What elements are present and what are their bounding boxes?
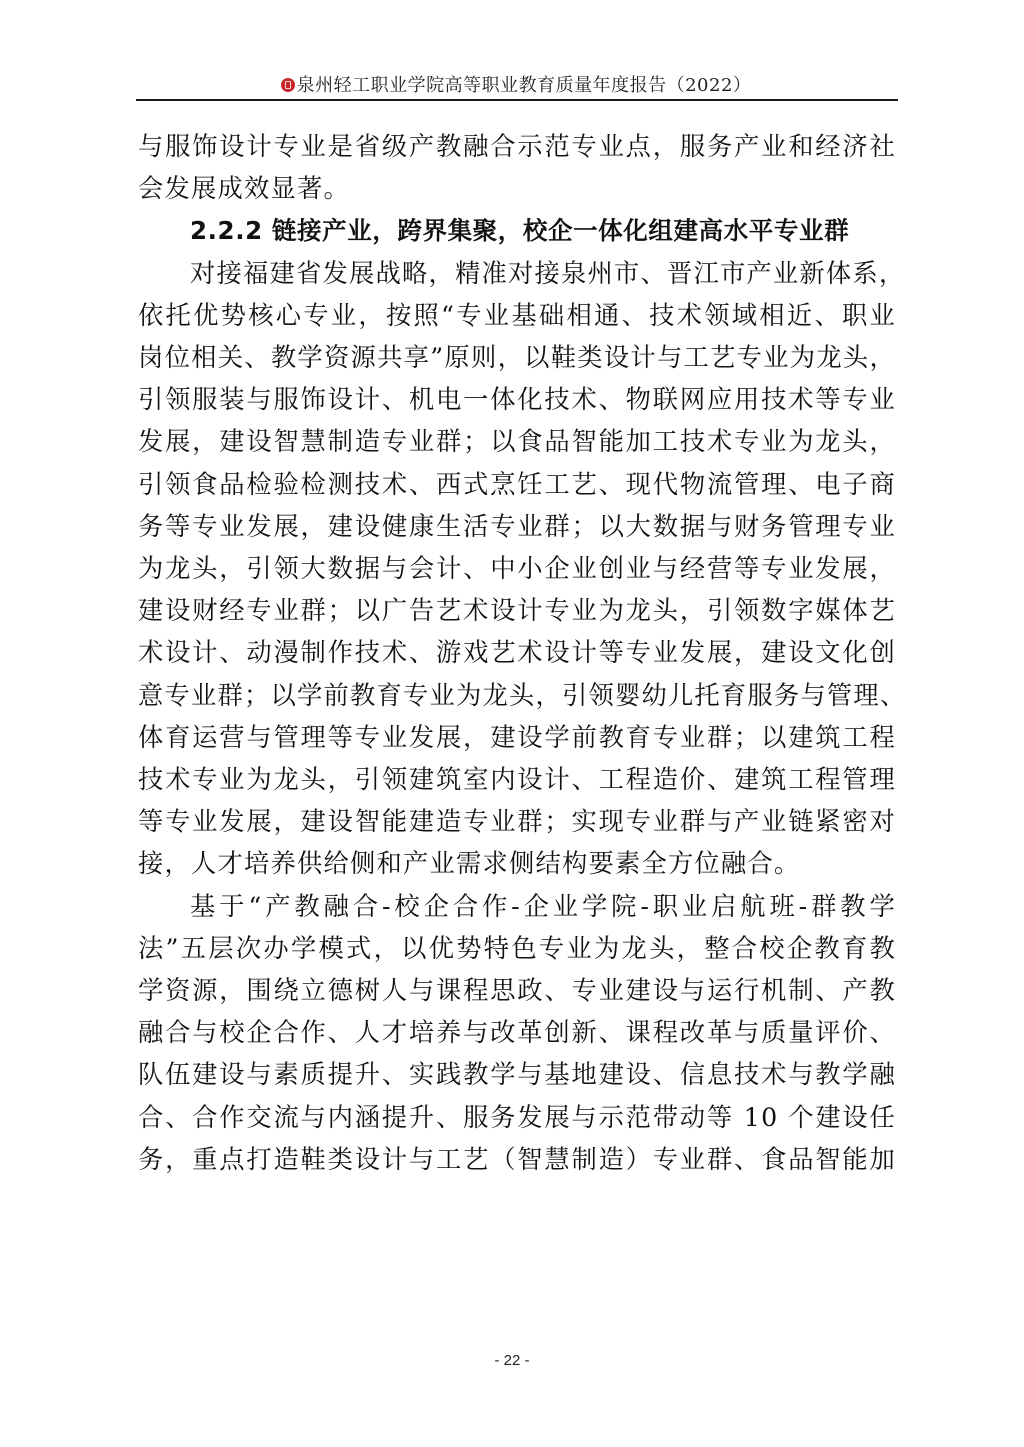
school-emblem-icon: [281, 78, 295, 92]
report-title: 泉州轻工职业学院高等职业教育质量年度报告（2022）: [297, 75, 752, 96]
text-line: 对接福建省发展战略，精准对接泉州市、晋江市产业新体系，: [138, 253, 896, 295]
text-line: 引领服装与服饰设计、机电一体化技术、物联网应用技术等专业: [138, 379, 896, 421]
text-line: 发展，建设智慧制造专业群；以食品智能加工技术专业为龙头，: [138, 421, 896, 463]
text-line: 依托优势核心专业，按照“专业基础相通、技术领域相近、职业: [138, 295, 896, 337]
text-line: 意专业群；以学前教育专业为龙头，引领婴幼儿托育服务与管理、: [138, 675, 896, 717]
text-line: 建设财经专业群；以广告艺术设计专业为龙头，引领数字媒体艺: [138, 590, 896, 632]
page-header: 泉州轻工职业学院高等职业教育质量年度报告（2022）: [136, 74, 896, 98]
text-line: 体育运营与管理等专业发展，建设学前教育专业群；以建筑工程: [138, 717, 896, 759]
header-divider: [136, 99, 898, 101]
text-line: 会发展成效显著。: [138, 168, 896, 210]
text-line: 引领食品检验检测技术、西式烹饪工艺、现代物流管理、电子商: [138, 464, 896, 506]
text-line: 为龙头，引领大数据与会计、中小企业创业与经营等专业发展，: [138, 548, 896, 590]
text-line: 务，重点打造鞋类设计与工艺（智慧制造）专业群、食品智能加: [138, 1139, 896, 1181]
text-line: 融合与校企合作、人才培养与改革创新、课程改革与质量评价、: [138, 1012, 896, 1054]
text-line: 务等专业发展，建设健康生活专业群；以大数据与财务管理专业: [138, 506, 896, 548]
paragraph-professional-clusters: 对接福建省发展战略，精准对接泉州市、晋江市产业新体系， 依托优势核心专业，按照“…: [138, 253, 896, 886]
text-line: 岗位相关、教学资源共享”原则，以鞋类设计与工艺专业为龙头，: [138, 337, 896, 379]
text-line: 队伍建设与素质提升、实践教学与基地建设、信息技术与教学融: [138, 1054, 896, 1096]
text-line: 法”五层次办学模式，以优势特色专业为龙头，整合校企教育教: [138, 928, 896, 970]
paragraph-five-level-model: 基于“产教融合-校企合作-企业学院-职业启航班-群教学 法”五层次办学模式，以优…: [138, 886, 896, 1181]
text-line: 与服饰设计专业是省级产教融合示范专业点，服务产业和经济社: [138, 126, 896, 168]
text-line: 学资源，围绕立德树人与课程思政、专业建设与运行机制、产教: [138, 970, 896, 1012]
text-line: 技术专业为龙头，引领建筑室内设计、工程造价、建筑工程管理: [138, 759, 896, 801]
text-line: 接，人才培养供给侧和产业需求侧结构要素全方位融合。: [138, 843, 896, 885]
text-line: 合、合作交流与内涵提升、服务发展与示范带动等 10 个建设任: [138, 1097, 896, 1139]
text-line: 基于“产教融合-校企合作-企业学院-职业启航班-群教学: [138, 886, 896, 928]
section-heading: 2.2.2 链接产业，跨界集聚，校企一体化组建高水平专业群: [138, 210, 896, 252]
page-number: - 22 -: [0, 1352, 1024, 1369]
text-line: 术设计、动漫制作技术、游戏艺术设计等专业发展，建设文化创: [138, 632, 896, 674]
text-line: 等专业发展，建设智能建造专业群；实现专业群与产业链紧密对: [138, 801, 896, 843]
document-body: 与服饰设计专业是省级产教融合示范专业点，服务产业和经济社 会发展成效显著。 2.…: [138, 126, 896, 1181]
paragraph-continued: 与服饰设计专业是省级产教融合示范专业点，服务产业和经济社 会发展成效显著。: [138, 126, 896, 210]
